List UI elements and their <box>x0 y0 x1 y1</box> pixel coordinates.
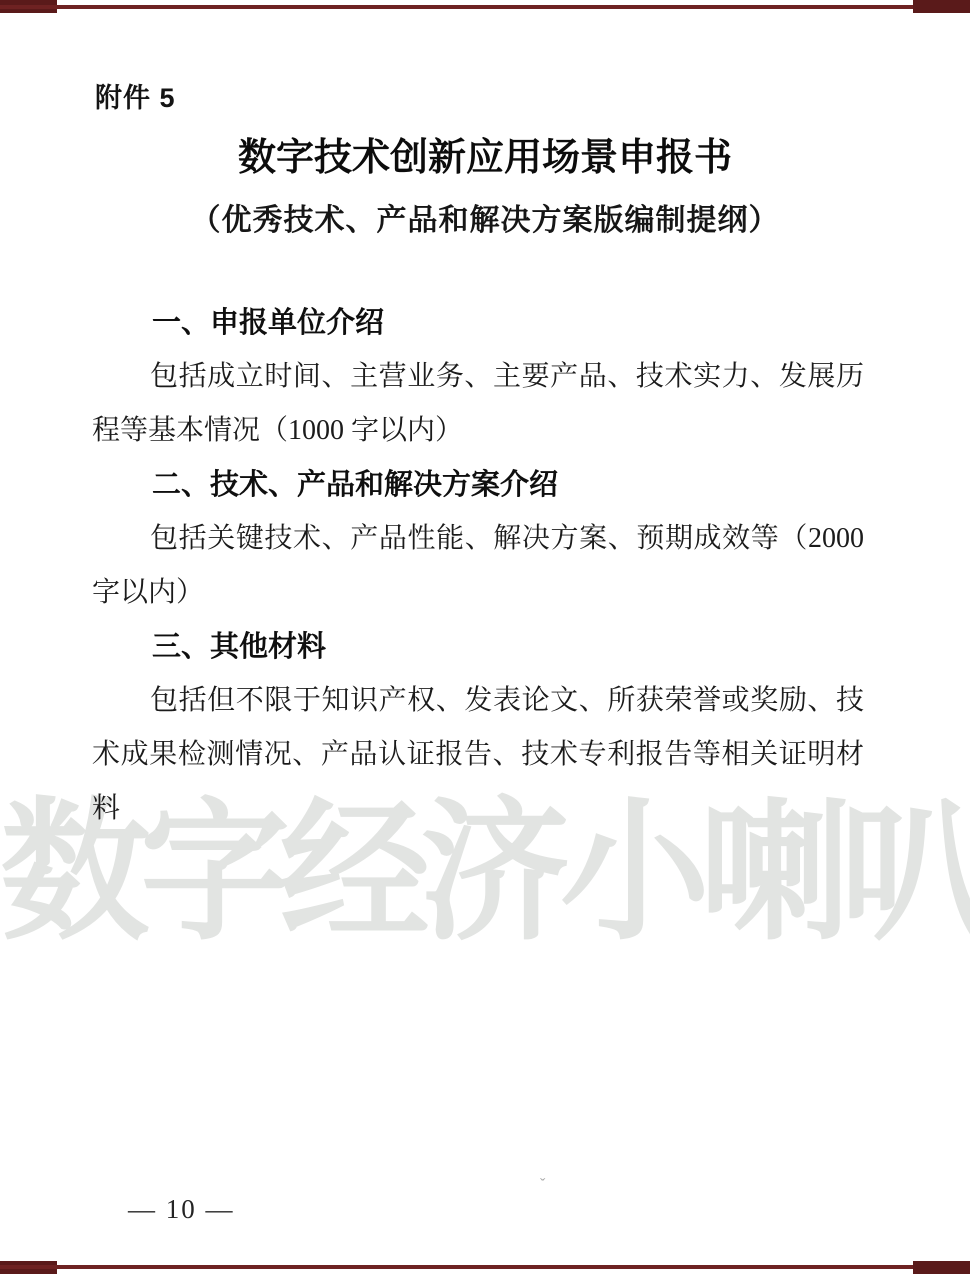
page-number: — 10 — <box>128 1192 235 1226</box>
edge-corner-top-right <box>913 0 970 13</box>
section-3-body-line-3: 料 <box>92 782 864 836</box>
section-1-body-line-1: 包括成立时间、主营业务、主要产品、技术实力、发展历 <box>92 350 864 404</box>
stray-scan-mark: ˇ <box>540 1176 545 1194</box>
section-3-heading: 三、其他材料 <box>92 620 864 674</box>
document-body: 一、申报单位介绍 包括成立时间、主营业务、主要产品、技术实力、发展历 程等基本情… <box>92 296 864 836</box>
attachment-label: 附件 5 <box>95 76 176 115</box>
edge-corner-bottom-right <box>913 1261 970 1274</box>
page-title: 数字技术创新应用场景申报书 <box>0 132 970 184</box>
section-3-body-line-1: 包括但不限于知识产权、发表论文、所获荣誉或奖励、技 <box>92 674 864 728</box>
section-1-heading: 一、申报单位介绍 <box>92 296 864 350</box>
edge-rule-bottom <box>0 1265 970 1269</box>
page-subtitle: （优秀技术、产品和解决方案版编制提纲） <box>0 199 970 243</box>
section-2-body-line-2: 字以内） <box>92 566 864 620</box>
section-3-body-line-2: 术成果检测情况、产品认证报告、技术专利报告等相关证明材 <box>92 728 864 782</box>
section-2-body-line-1: 包括关键技术、产品性能、解决方案、预期成效等（2000 <box>92 512 864 566</box>
section-2-heading: 二、技术、产品和解决方案介绍 <box>92 458 864 512</box>
section-1-body-line-2: 程等基本情况（1000 字以内） <box>92 404 864 458</box>
edge-rule-top <box>0 5 970 9</box>
document-page: 数字经济小喇叭 附件 5 数字技术创新应用场景申报书 （优秀技术、产品和解决方案… <box>0 0 970 1274</box>
